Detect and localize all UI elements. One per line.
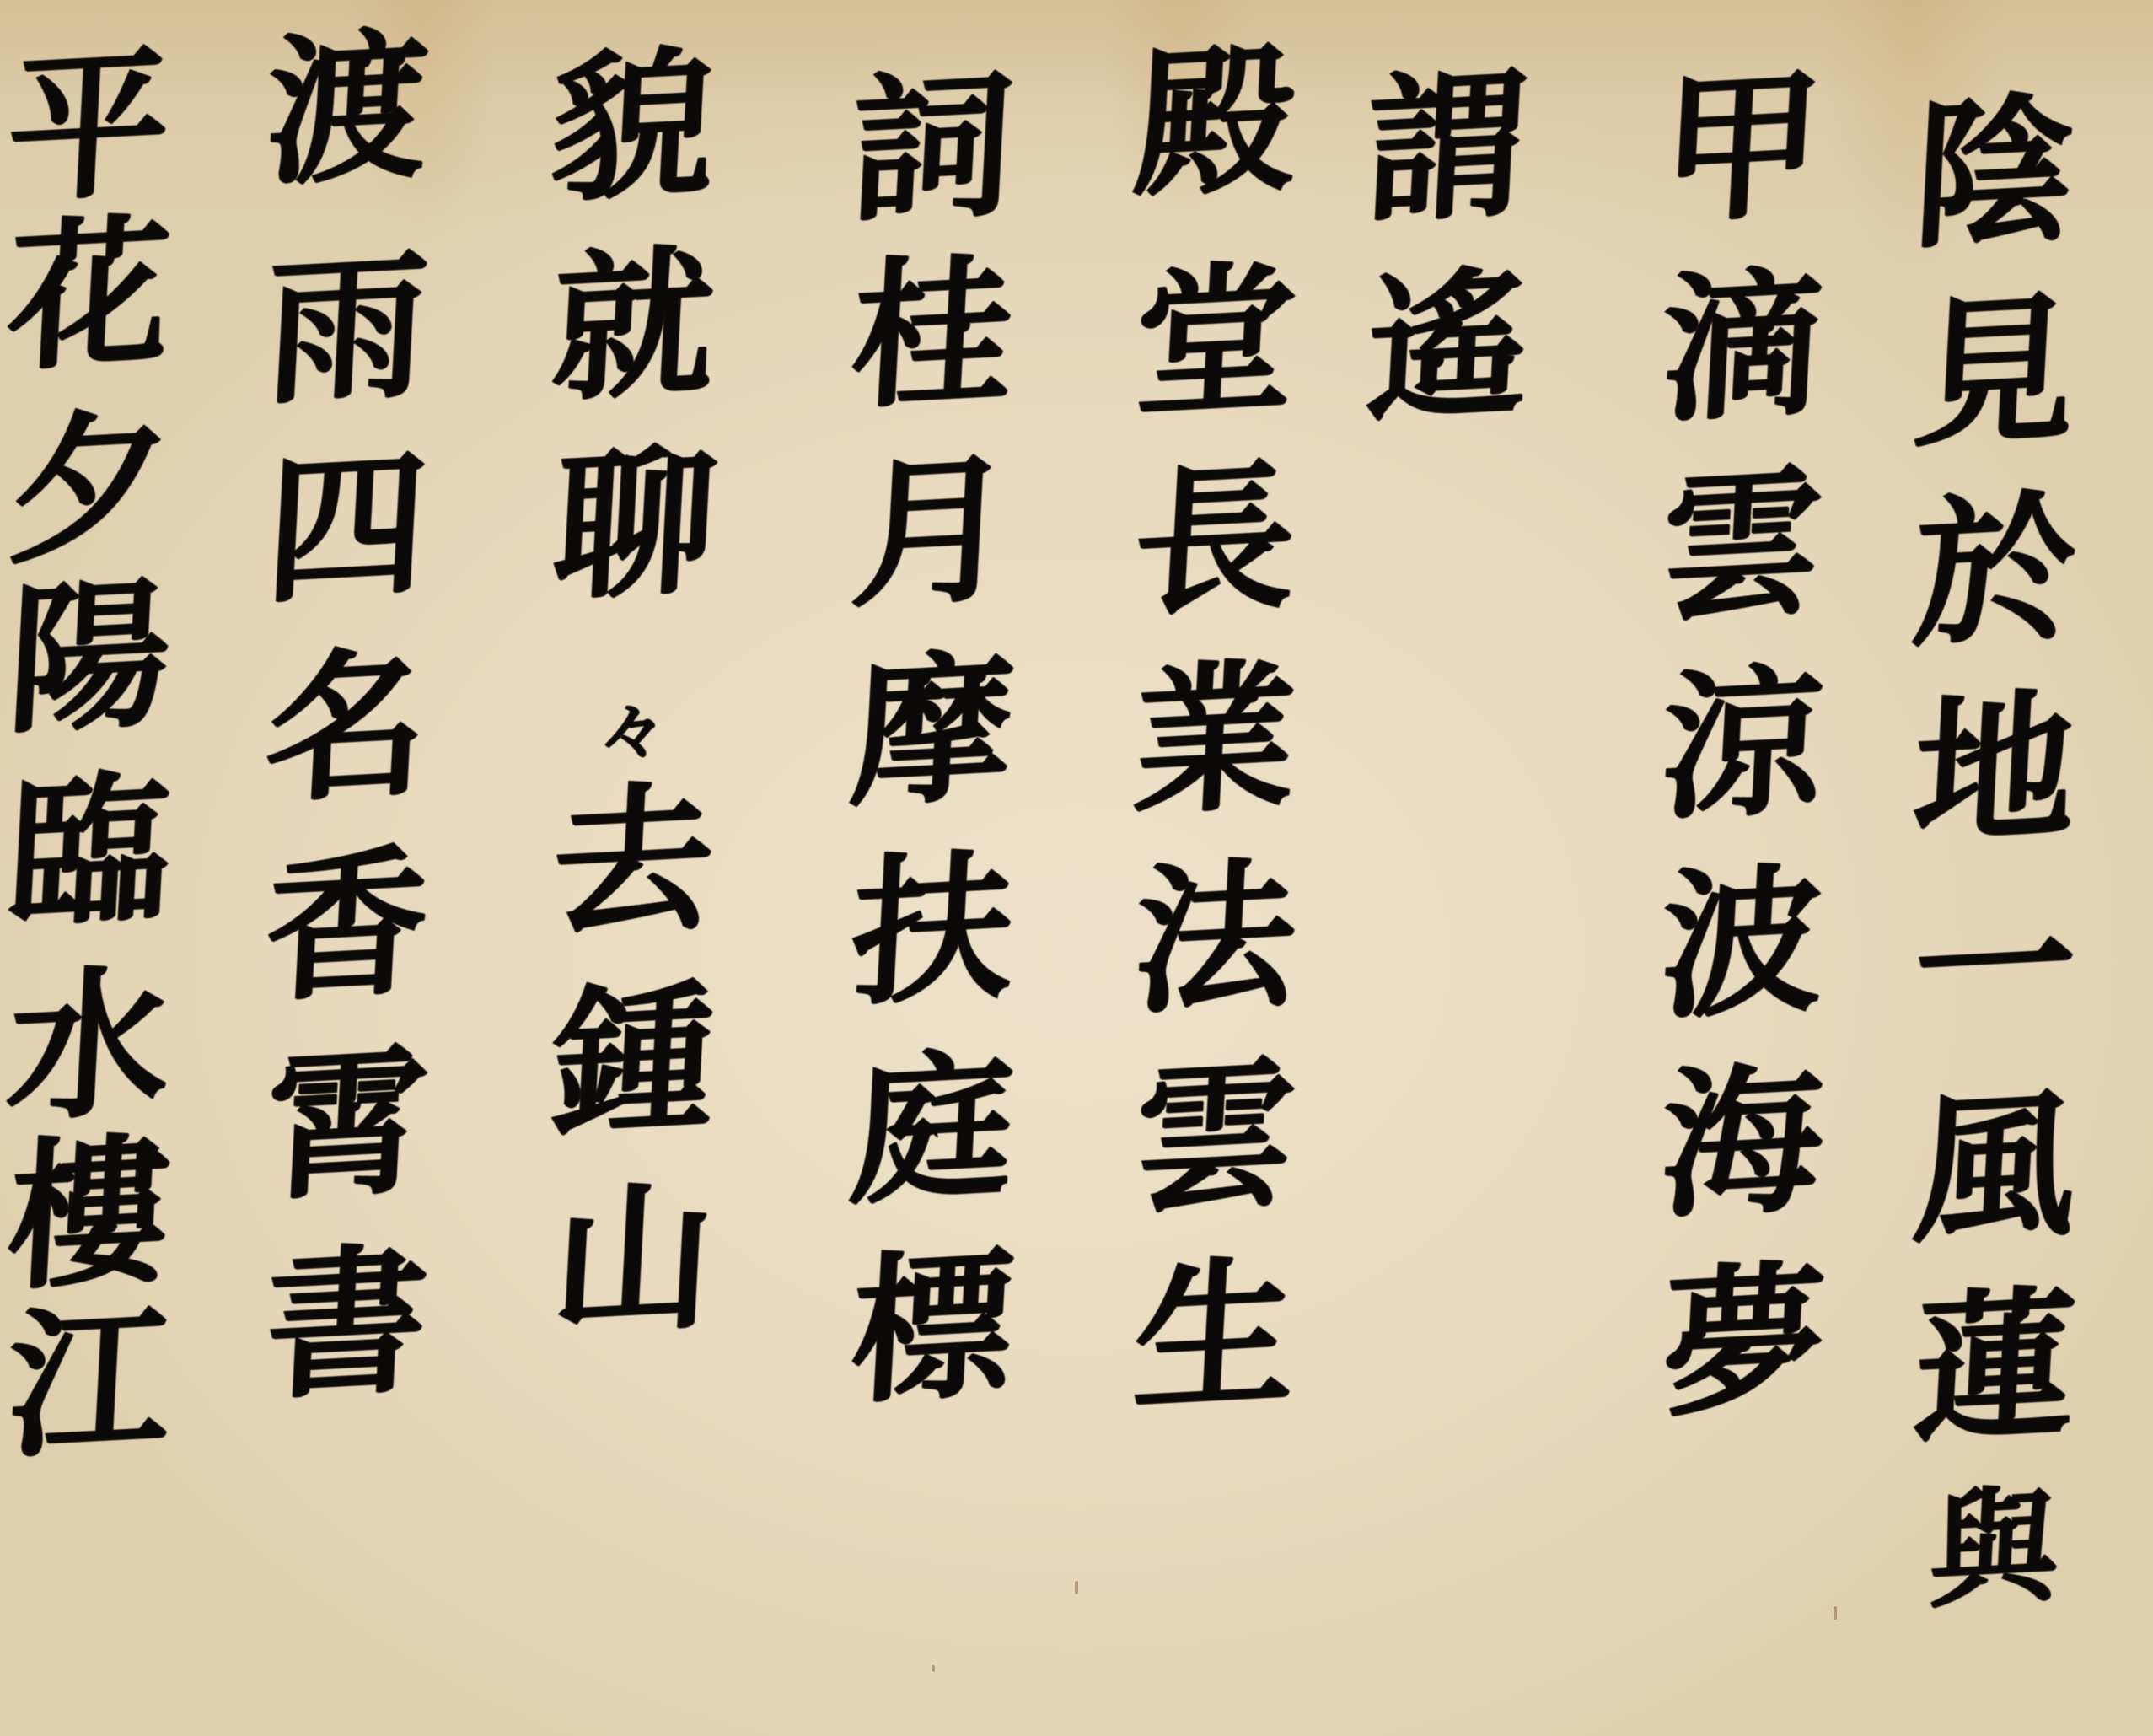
character: 長 bbox=[1128, 456, 1299, 664]
character: 與 bbox=[1926, 1482, 2062, 1649]
paper-speck bbox=[1075, 1581, 1078, 1594]
character: 波 bbox=[1655, 859, 1826, 1067]
character: 水 bbox=[3, 961, 173, 1138]
character: 堂 bbox=[1128, 257, 1299, 465]
calligraphy-column-1: 陰 見 於 地 一 風 蓮 與 bbox=[1914, 93, 2074, 1646]
character: 山 bbox=[546, 1175, 717, 1383]
calligraphy-column-5: 詞 桂 月 摩 扶 庭 標 bbox=[851, 67, 1012, 1447]
character: 香 bbox=[260, 841, 431, 1049]
character: 名 bbox=[260, 642, 431, 850]
calligraphy-column-8: 平 花 夕 陽 臨 水 樓 江 bbox=[8, 46, 169, 1471]
calligraphy-paper: 陰 見 於 地 一 風 蓮 與 甲 滴 雲 涼 波 海 夢 謂 遙 殿 堂 長 … bbox=[0, 0, 2153, 1736]
character: 陽 bbox=[3, 573, 174, 776]
paper-speck bbox=[1834, 1606, 1837, 1620]
character: 庭 bbox=[846, 1045, 1017, 1252]
character: 法 bbox=[1128, 854, 1299, 1061]
character: 於 bbox=[1908, 486, 2079, 694]
character: 蓮 bbox=[1908, 1282, 2079, 1490]
character: 殿 bbox=[1128, 38, 1300, 266]
character: 一 bbox=[1908, 884, 2079, 1092]
calligraphy-column-4: 殿 堂 長 業 法 雲 生 bbox=[1134, 42, 1294, 1455]
calligraphy-column-3: 謂 遙 bbox=[1366, 67, 1526, 519]
character: 聊 bbox=[545, 440, 720, 701]
calligraphy-column-2: 甲 滴 雲 涼 波 海 夢 bbox=[1661, 67, 1821, 1531]
character: 四 bbox=[260, 443, 431, 651]
character: 涼 bbox=[1655, 660, 1826, 868]
character: 江 bbox=[3, 1298, 173, 1475]
character: 雲 bbox=[1655, 461, 1826, 669]
character: 鍾 bbox=[546, 976, 717, 1184]
character: 樓 bbox=[3, 1130, 173, 1307]
character: 雲 bbox=[1128, 1053, 1299, 1260]
character: 見 bbox=[1908, 288, 2079, 495]
character: 遙 bbox=[1359, 262, 1533, 524]
character: 桂 bbox=[846, 249, 1017, 456]
paper-speck bbox=[932, 1665, 935, 1672]
character: 海 bbox=[1655, 1058, 1826, 1266]
character: 謂 bbox=[1360, 63, 1531, 271]
character: 甲 bbox=[1655, 63, 1826, 271]
character: 月 bbox=[846, 448, 1017, 655]
character: 雨 bbox=[260, 245, 431, 452]
character: 夕 bbox=[3, 405, 173, 582]
character: 風 bbox=[1908, 1083, 2079, 1291]
character: 書 bbox=[260, 1239, 431, 1447]
character: 陰 bbox=[1908, 89, 2079, 296]
character: 業 bbox=[1128, 655, 1299, 863]
character: 渡 bbox=[260, 25, 432, 253]
character: 夢 bbox=[1653, 1257, 1828, 1535]
character: 詞 bbox=[846, 63, 1017, 257]
calligraphy-column-6: 貌 就 聊 々 去 鍾 山 bbox=[552, 46, 712, 1379]
character: 霄 bbox=[260, 1040, 431, 1248]
character: 花 bbox=[3, 211, 174, 413]
character: 就 bbox=[546, 241, 717, 449]
character: 去 bbox=[546, 777, 717, 985]
character: 地 bbox=[1908, 685, 2079, 893]
character: 貌 bbox=[546, 42, 717, 250]
character: 扶 bbox=[846, 846, 1017, 1053]
character: 平 bbox=[3, 42, 173, 219]
character: 臨 bbox=[3, 767, 174, 970]
character: 生 bbox=[1128, 1252, 1299, 1459]
character: 標 bbox=[846, 1244, 1017, 1451]
character: 摩 bbox=[846, 647, 1017, 854]
character: 滴 bbox=[1655, 262, 1826, 470]
calligraphy-column-7: 渡 雨 四 名 香 霄 書 bbox=[266, 30, 426, 1443]
